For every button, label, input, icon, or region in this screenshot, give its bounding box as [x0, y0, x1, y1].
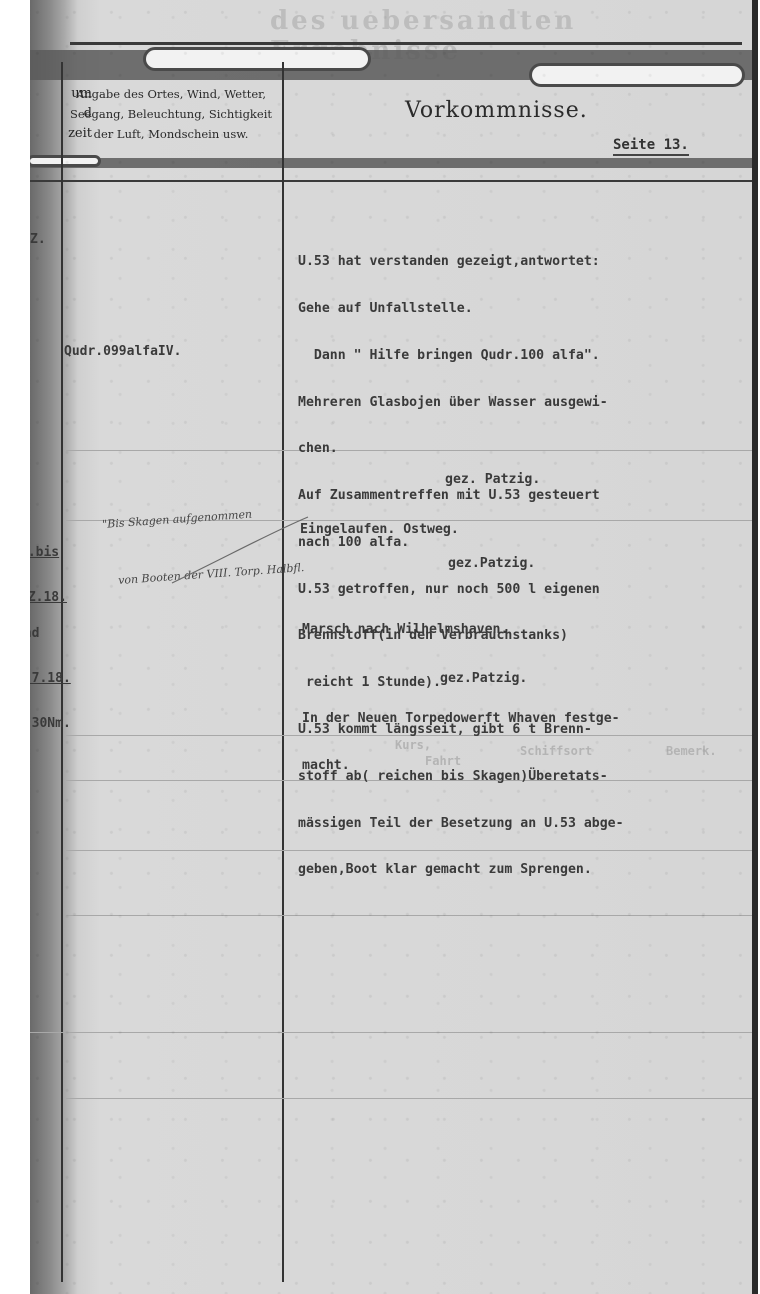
entry-2-text: Eingelaufen. Ostweg. — [300, 522, 459, 538]
ruling-line — [30, 1032, 756, 1033]
bleedthrough-header: Fahrt — [425, 754, 461, 769]
bleedthrough-header: Kurs, — [395, 738, 431, 753]
location-column-header: Angabe des Ortes, Wind, Wetter, Seegang,… — [66, 84, 276, 144]
entry-1-location: Qudr.099alfaIV. — [64, 344, 181, 360]
top-rule — [70, 42, 742, 45]
tape-patch — [146, 50, 368, 68]
entry-3-text: Marsch nach Wilhelmshaven. In der Neuen … — [302, 590, 620, 805]
ruling-line — [66, 915, 756, 916]
entry-1-date: Z. — [30, 232, 46, 247]
entry-1-signature: gez. Patzig. — [445, 472, 540, 488]
column-divider-main — [282, 62, 284, 1282]
tape-band-lower — [30, 158, 758, 168]
document-page: des uebersandten Ergebnisse um d zeit An… — [30, 0, 758, 1294]
scan-edge — [752, 0, 758, 1294]
events-column-header: Vorkommnisse. — [405, 98, 588, 123]
entry-2-signature: gez.Patzig. — [448, 556, 535, 572]
handwritten-arrow-icon — [170, 515, 310, 585]
ruling-line — [66, 1098, 756, 1099]
header-rule — [30, 180, 758, 182]
bleedthrough-header: Bemerk. — [666, 744, 717, 759]
entry-3-signature: gez.Patzig. — [440, 671, 527, 687]
tape-patch — [30, 158, 98, 164]
entry-3-date: und 2.7.18. 2,30Nm. — [30, 596, 71, 761]
bleedthrough-header: Schiffsort — [520, 744, 592, 759]
page-number: Seite 13. — [613, 137, 689, 156]
tape-patch — [532, 66, 742, 84]
